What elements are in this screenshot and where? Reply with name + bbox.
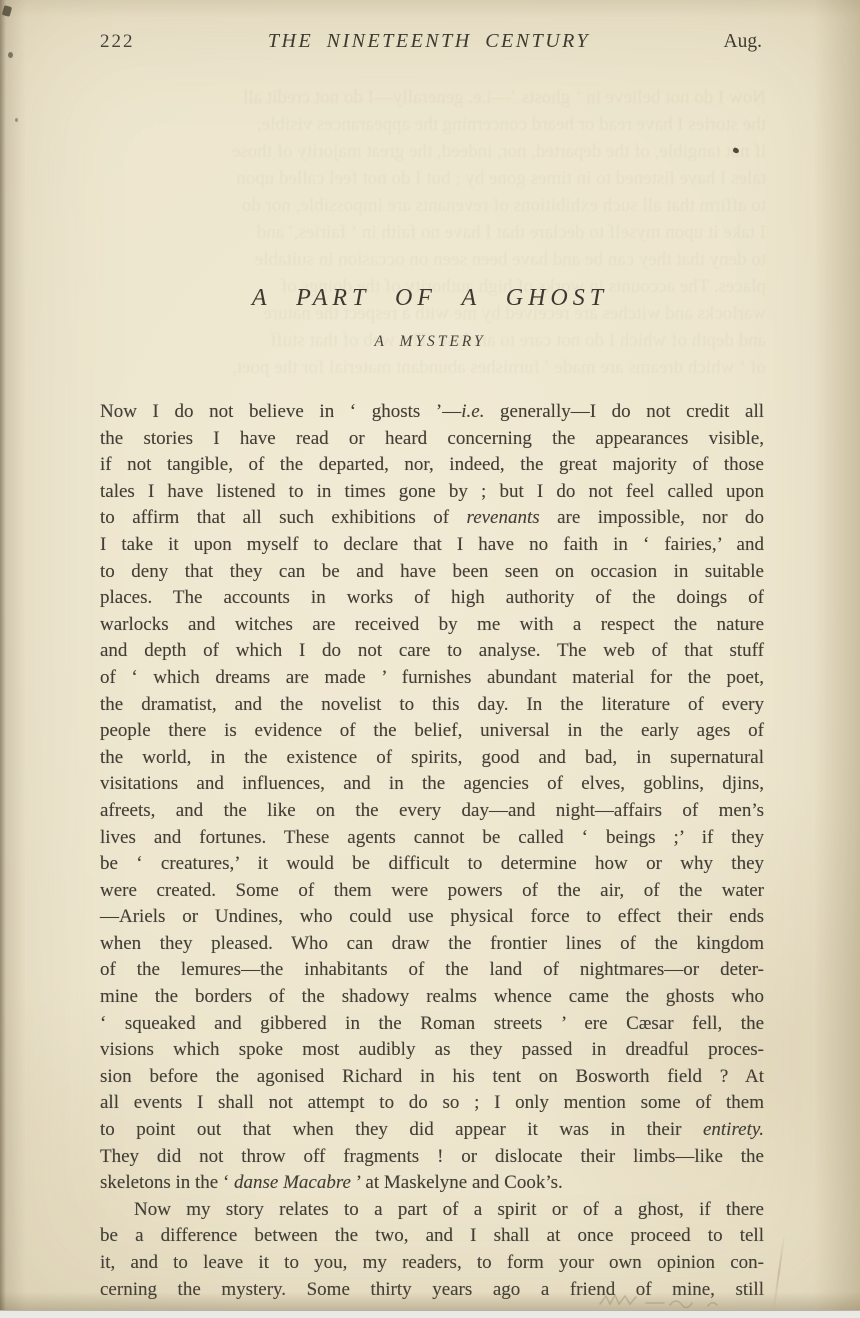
issue-month: Aug. xyxy=(724,31,762,53)
text-line: sion before the agonised Richard in his … xyxy=(100,1064,764,1091)
text-line: They did not throw off fragments ! or di… xyxy=(100,1144,764,1171)
article-subtitle: A MYSTERY xyxy=(0,333,860,351)
text-line: tales I have listened to in times gone b… xyxy=(100,479,764,506)
ink-speck xyxy=(732,147,739,154)
text-line: be a difference between the two, and I s… xyxy=(100,1223,764,1250)
text-line: places. The accounts in works of high au… xyxy=(100,585,764,612)
text-line: it, and to leave it to you, my readers, … xyxy=(100,1250,764,1277)
scan-edge-speck xyxy=(2,5,12,17)
text-line: the stories I have read or heard concern… xyxy=(100,426,764,453)
scanner-edge-strip xyxy=(0,1310,860,1318)
scan-edge-speck xyxy=(8,52,13,58)
text-line: were created. Some of them were powers o… xyxy=(100,878,764,905)
article-title: A PART OF A GHOST xyxy=(0,285,860,312)
text-line: skeletons in the ‘ danse Macabre ’ at Ma… xyxy=(100,1170,764,1197)
page-crease xyxy=(772,1232,785,1311)
page-number: 222 xyxy=(100,31,135,53)
text-line: Now my story relates to a part of a spir… xyxy=(100,1197,764,1224)
paragraph: Now my story relates to a part of a spir… xyxy=(100,1197,764,1303)
reverse-page-bleedthrough: Now I do not believe in ‘ ghosts ’—i.e. … xyxy=(90,84,766,404)
text-line: afreets, and the like on the every day—a… xyxy=(100,798,764,825)
text-line: if not tangible, of the departed, nor, i… xyxy=(100,452,764,479)
text-line: mine the borders of the shadowy realms w… xyxy=(100,984,764,1011)
text-line: the world, in the existence of spirits, … xyxy=(100,745,764,772)
text-line: warlocks and witches are received by me … xyxy=(100,612,764,639)
running-header: 222 THE NINETEENTH CENTURY Aug. xyxy=(100,30,762,53)
text-line: visitations and influences, and in the a… xyxy=(100,771,764,798)
text-line: I take it upon myself to declare that I … xyxy=(100,532,764,559)
text-line: lives and fortunes. These agents cannot … xyxy=(100,825,764,852)
text-line: people there is evidence of the belief, … xyxy=(100,718,764,745)
text-line: cerning the mystery. Some thirty years a… xyxy=(100,1277,764,1304)
text-line: —Ariels or Undines, who could use physic… xyxy=(100,904,764,931)
text-line: to point out that when they did appear i… xyxy=(100,1117,764,1144)
body-text: Now I do not believe in ‘ ghosts ’—i.e. … xyxy=(100,399,764,1303)
text-line: to deny that they can be and have been s… xyxy=(100,559,764,586)
text-line: all events I shall not attempt to do so … xyxy=(100,1090,764,1117)
journal-title: THE NINETEENTH CENTURY xyxy=(268,30,590,53)
scan-edge-speck xyxy=(15,118,18,122)
text-line: when they pleased. Who can draw the fron… xyxy=(100,931,764,958)
text-line: be ‘ creatures,’ it would be difficult t… xyxy=(100,851,764,878)
scanned-book-page: Now I do not believe in ‘ ghosts ’—i.e. … xyxy=(0,0,860,1318)
text-line: visions which spoke most audibly as they… xyxy=(100,1037,764,1064)
text-line: of the lemures—the inhabitants of the la… xyxy=(100,957,764,984)
text-line: and depth of which I do not care to anal… xyxy=(100,638,764,665)
text-line: ‘ squeaked and gibbered in the Roman str… xyxy=(100,1011,764,1038)
paragraph: Now I do not believe in ‘ ghosts ’—i.e. … xyxy=(100,399,764,1197)
text-line: the dramatist, and the novelist to this … xyxy=(100,692,764,719)
text-line: to affirm that all such exhibitions of r… xyxy=(100,505,764,532)
text-line: Now I do not believe in ‘ ghosts ’—i.e. … xyxy=(100,399,764,426)
text-line: of ‘ which dreams are made ’ furnishes a… xyxy=(100,665,764,692)
